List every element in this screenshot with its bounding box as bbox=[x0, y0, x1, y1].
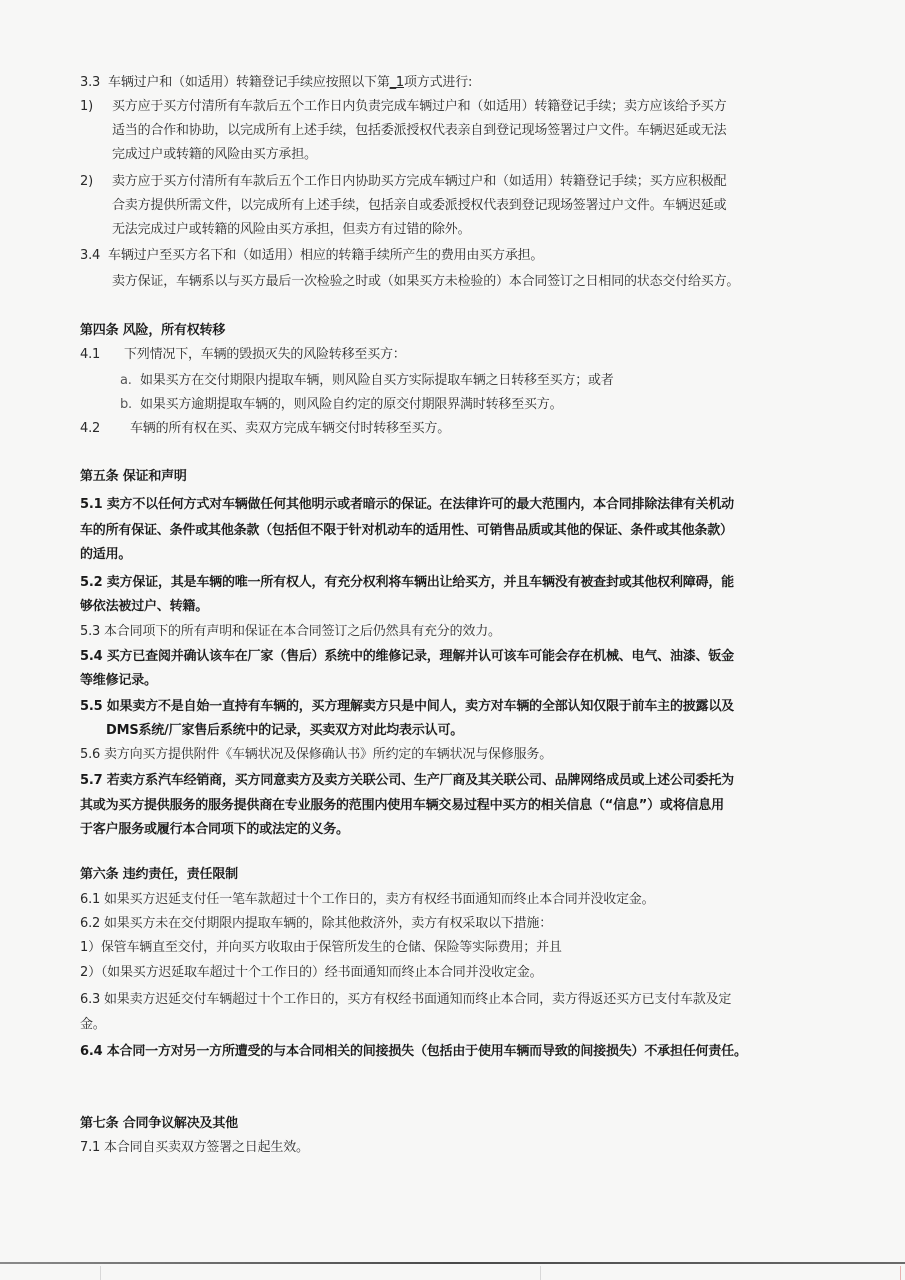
item-3-3-2-line-3: 无法完成过户或转籍的风险由买方承担，但卖方有过错的除外。 bbox=[112, 221, 872, 239]
clause-6-1: 6.1 如果买方迟延支付任一笔车款超过十个工作日的，卖方有权经书面通知而终止本合… bbox=[80, 891, 840, 909]
item-text: 卖方应于买方付清所有车款后五个工作日内协助买方完成车辆过户和（如适用）转籍登记手… bbox=[112, 174, 726, 189]
clause-5-2-line-1: 5.2 卖方保证，其是车辆的唯一所有权人，有充分权利将车辆出让给买方，并且车辆没… bbox=[80, 574, 840, 592]
clause-5-5-line-2: DMS系统/厂家售后系统中的记录，买卖双方对此均表示认可。 bbox=[106, 722, 866, 740]
clause-text: 车辆过户和（如适用）转籍登记手续应按照以下第 bbox=[108, 75, 390, 90]
clause-5-7-line-3: 于客户服务或履行本合同项下的或法定的义务。 bbox=[80, 821, 840, 839]
item-letter: a. bbox=[120, 372, 140, 390]
item-text: 如果买方逾期提取车辆的，则风险自约定的原交付期限界满时转移至买方。 bbox=[140, 397, 562, 412]
clause-7-1: 7.1 本合同自买卖双方签署之日起生效。 bbox=[80, 1139, 840, 1157]
scan-artifact-line bbox=[900, 1266, 901, 1280]
clause-5-4-line-1: 5.4 买方已查阅并确认该车在厂家（售后）系统中的维修记录，理解并认可该车可能会… bbox=[80, 648, 840, 666]
page-bottom-rule bbox=[0, 1262, 905, 1264]
clause-6-3-line-2: 金。 bbox=[80, 1016, 840, 1034]
section-5-heading: 第五条 保证和声明 bbox=[80, 468, 840, 486]
item-3-3-1-line-2: 适当的合作和协助，以完成所有上述手续，包括委派授权代表亲自到登记现场签署过户文件… bbox=[112, 122, 872, 140]
clause-5-7-line-2: 其或为买方提供服务的服务提供商在专业服务的范围内使用车辆交易过程中买方的相关信息… bbox=[80, 797, 840, 815]
item-text: 如果买方在交付期限内提取车辆，则风险自买方实际提取车辆之日转移至买方；或者 bbox=[140, 373, 614, 388]
clause-4-1: 4.1下列情况下，车辆的毁损灭失的风险转移至买方： bbox=[80, 346, 840, 364]
clause-5-2-line-2: 够依法被过户、转籍。 bbox=[80, 598, 840, 616]
clause-6-4: 6.4 本合同一方对另一方所遭受的与本合同相关的间接损失（包括由于使用车辆而导致… bbox=[80, 1043, 840, 1061]
clause-number: 3.3 bbox=[80, 75, 100, 90]
clause-5-7-line-1: 5.7 若卖方系汽车经销商，买方同意卖方及卖方关联公司、生产厂商及其关联公司、品… bbox=[80, 772, 840, 790]
item-3-3-1-line-3: 完成过户或转籍的风险由买方承担。 bbox=[112, 146, 872, 164]
clause-5-1-line-3: 的适用。 bbox=[80, 546, 840, 564]
clause-5-3: 5.3 本合同项下的所有声明和保证在本合同签订之后仍然具有充分的效力。 bbox=[80, 623, 840, 641]
section-6-heading: 第六条 违约责任，责任限制 bbox=[80, 866, 840, 884]
item-3-3-2-line-1: 2)卖方应于买方付清所有车款后五个工作日内协助买方完成车辆过户和（如适用）转籍登… bbox=[80, 173, 840, 191]
clause-3-4-note: 卖方保证，车辆系以与买方最后一次检验之时或（如果买方未检验的）本合同签订之日相同… bbox=[112, 273, 872, 291]
clause-number: 4.2 bbox=[80, 420, 130, 438]
clause-3-4: 3.4 车辆过户至买方名下和（如适用）相应的转籍手续所产生的费用由买方承担。 bbox=[80, 247, 840, 265]
selected-option: _1 bbox=[390, 75, 404, 90]
item-number: 2) bbox=[80, 173, 112, 191]
section-7-heading: 第七条 合同争议解决及其他 bbox=[80, 1115, 840, 1133]
scan-artifact-line bbox=[540, 1266, 541, 1280]
item-letter: b. bbox=[120, 396, 140, 414]
clause-number: 3.4 bbox=[80, 248, 100, 263]
clause-5-1-line-2: 车的所有保证、条件或其他条款（包括但不限于针对机动车的适用性、可销售品质或其他的… bbox=[80, 522, 840, 540]
item-text: 买方应于买方付清所有车款后五个工作日内负责完成车辆过户和（如适用）转籍登记手续；… bbox=[112, 99, 726, 114]
clause-number: 4.1 bbox=[80, 346, 124, 364]
clause-6-3-line-1: 6.3 如果卖方迟延交付车辆超过十个工作日的，买方有权经书面通知而终止本合同，卖… bbox=[80, 991, 840, 1009]
clause-6-2: 6.2 如果买方未在交付期限内提取车辆的，除其他救济外，卖方有权采取以下措施： bbox=[80, 915, 840, 933]
item-4-1-a: a.如果买方在交付期限内提取车辆，则风险自买方实际提取车辆之日转移至买方；或者 bbox=[120, 372, 880, 390]
contract-page: 3.3 车辆过户和（如适用）转籍登记手续应按照以下第_1项方式进行: 1)买方应… bbox=[0, 0, 905, 1280]
item-6-2-2: 2）（如果买方迟延取车超过十个工作日的）经书面通知而终止本合同并没收定金。 bbox=[80, 964, 840, 982]
clause-text: 下列情况下，车辆的毁损灭失的风险转移至买方： bbox=[124, 347, 406, 362]
item-6-2-1: 1）保管车辆直至交付，并向买方收取由于保管所发生的仓储、保险等实际费用；并且 bbox=[80, 939, 840, 957]
clause-5-5-line-1: 5.5 如果卖方不是自始一直持有车辆的，买方理解卖方只是中间人，卖方对车辆的全部… bbox=[80, 698, 840, 716]
section-4-heading: 第四条 风险，所有权转移 bbox=[80, 322, 840, 340]
clause-text: 车辆过户至买方名下和（如适用）相应的转籍手续所产生的费用由买方承担。 bbox=[108, 248, 543, 263]
item-3-3-1-line-1: 1)买方应于买方付清所有车款后五个工作日内负责完成车辆过户和（如适用）转籍登记手… bbox=[80, 98, 840, 116]
clause-text-end: 项方式进行: bbox=[404, 75, 472, 90]
item-number: 1) bbox=[80, 98, 112, 116]
item-4-1-b: b.如果买方逾期提取车辆的，则风险自约定的原交付期限界满时转移至买方。 bbox=[120, 396, 880, 414]
item-3-3-2-line-2: 合卖方提供所需文件，以完成所有上述手续，包括亲自或委派授权代表到登记现场签署过户… bbox=[112, 197, 872, 215]
clause-4-2: 4.2车辆的所有权在买、卖双方完成车辆交付时转移至买方。 bbox=[80, 420, 840, 438]
clause-3-3: 3.3 车辆过户和（如适用）转籍登记手续应按照以下第_1项方式进行: bbox=[80, 74, 840, 92]
scan-artifact-line bbox=[100, 1266, 101, 1280]
clause-5-1-line-1: 5.1 卖方不以任何方式对车辆做任何其他明示或者暗示的保证。在法律许可的最大范围… bbox=[80, 496, 840, 514]
clause-5-4-line-2: 等维修记录。 bbox=[80, 672, 840, 690]
clause-text: 车辆的所有权在买、卖双方完成车辆交付时转移至买方。 bbox=[130, 421, 450, 436]
clause-5-6: 5.6 卖方向买方提供附件《车辆状况及保修确认书》所约定的车辆状况与保修服务。 bbox=[80, 746, 840, 764]
